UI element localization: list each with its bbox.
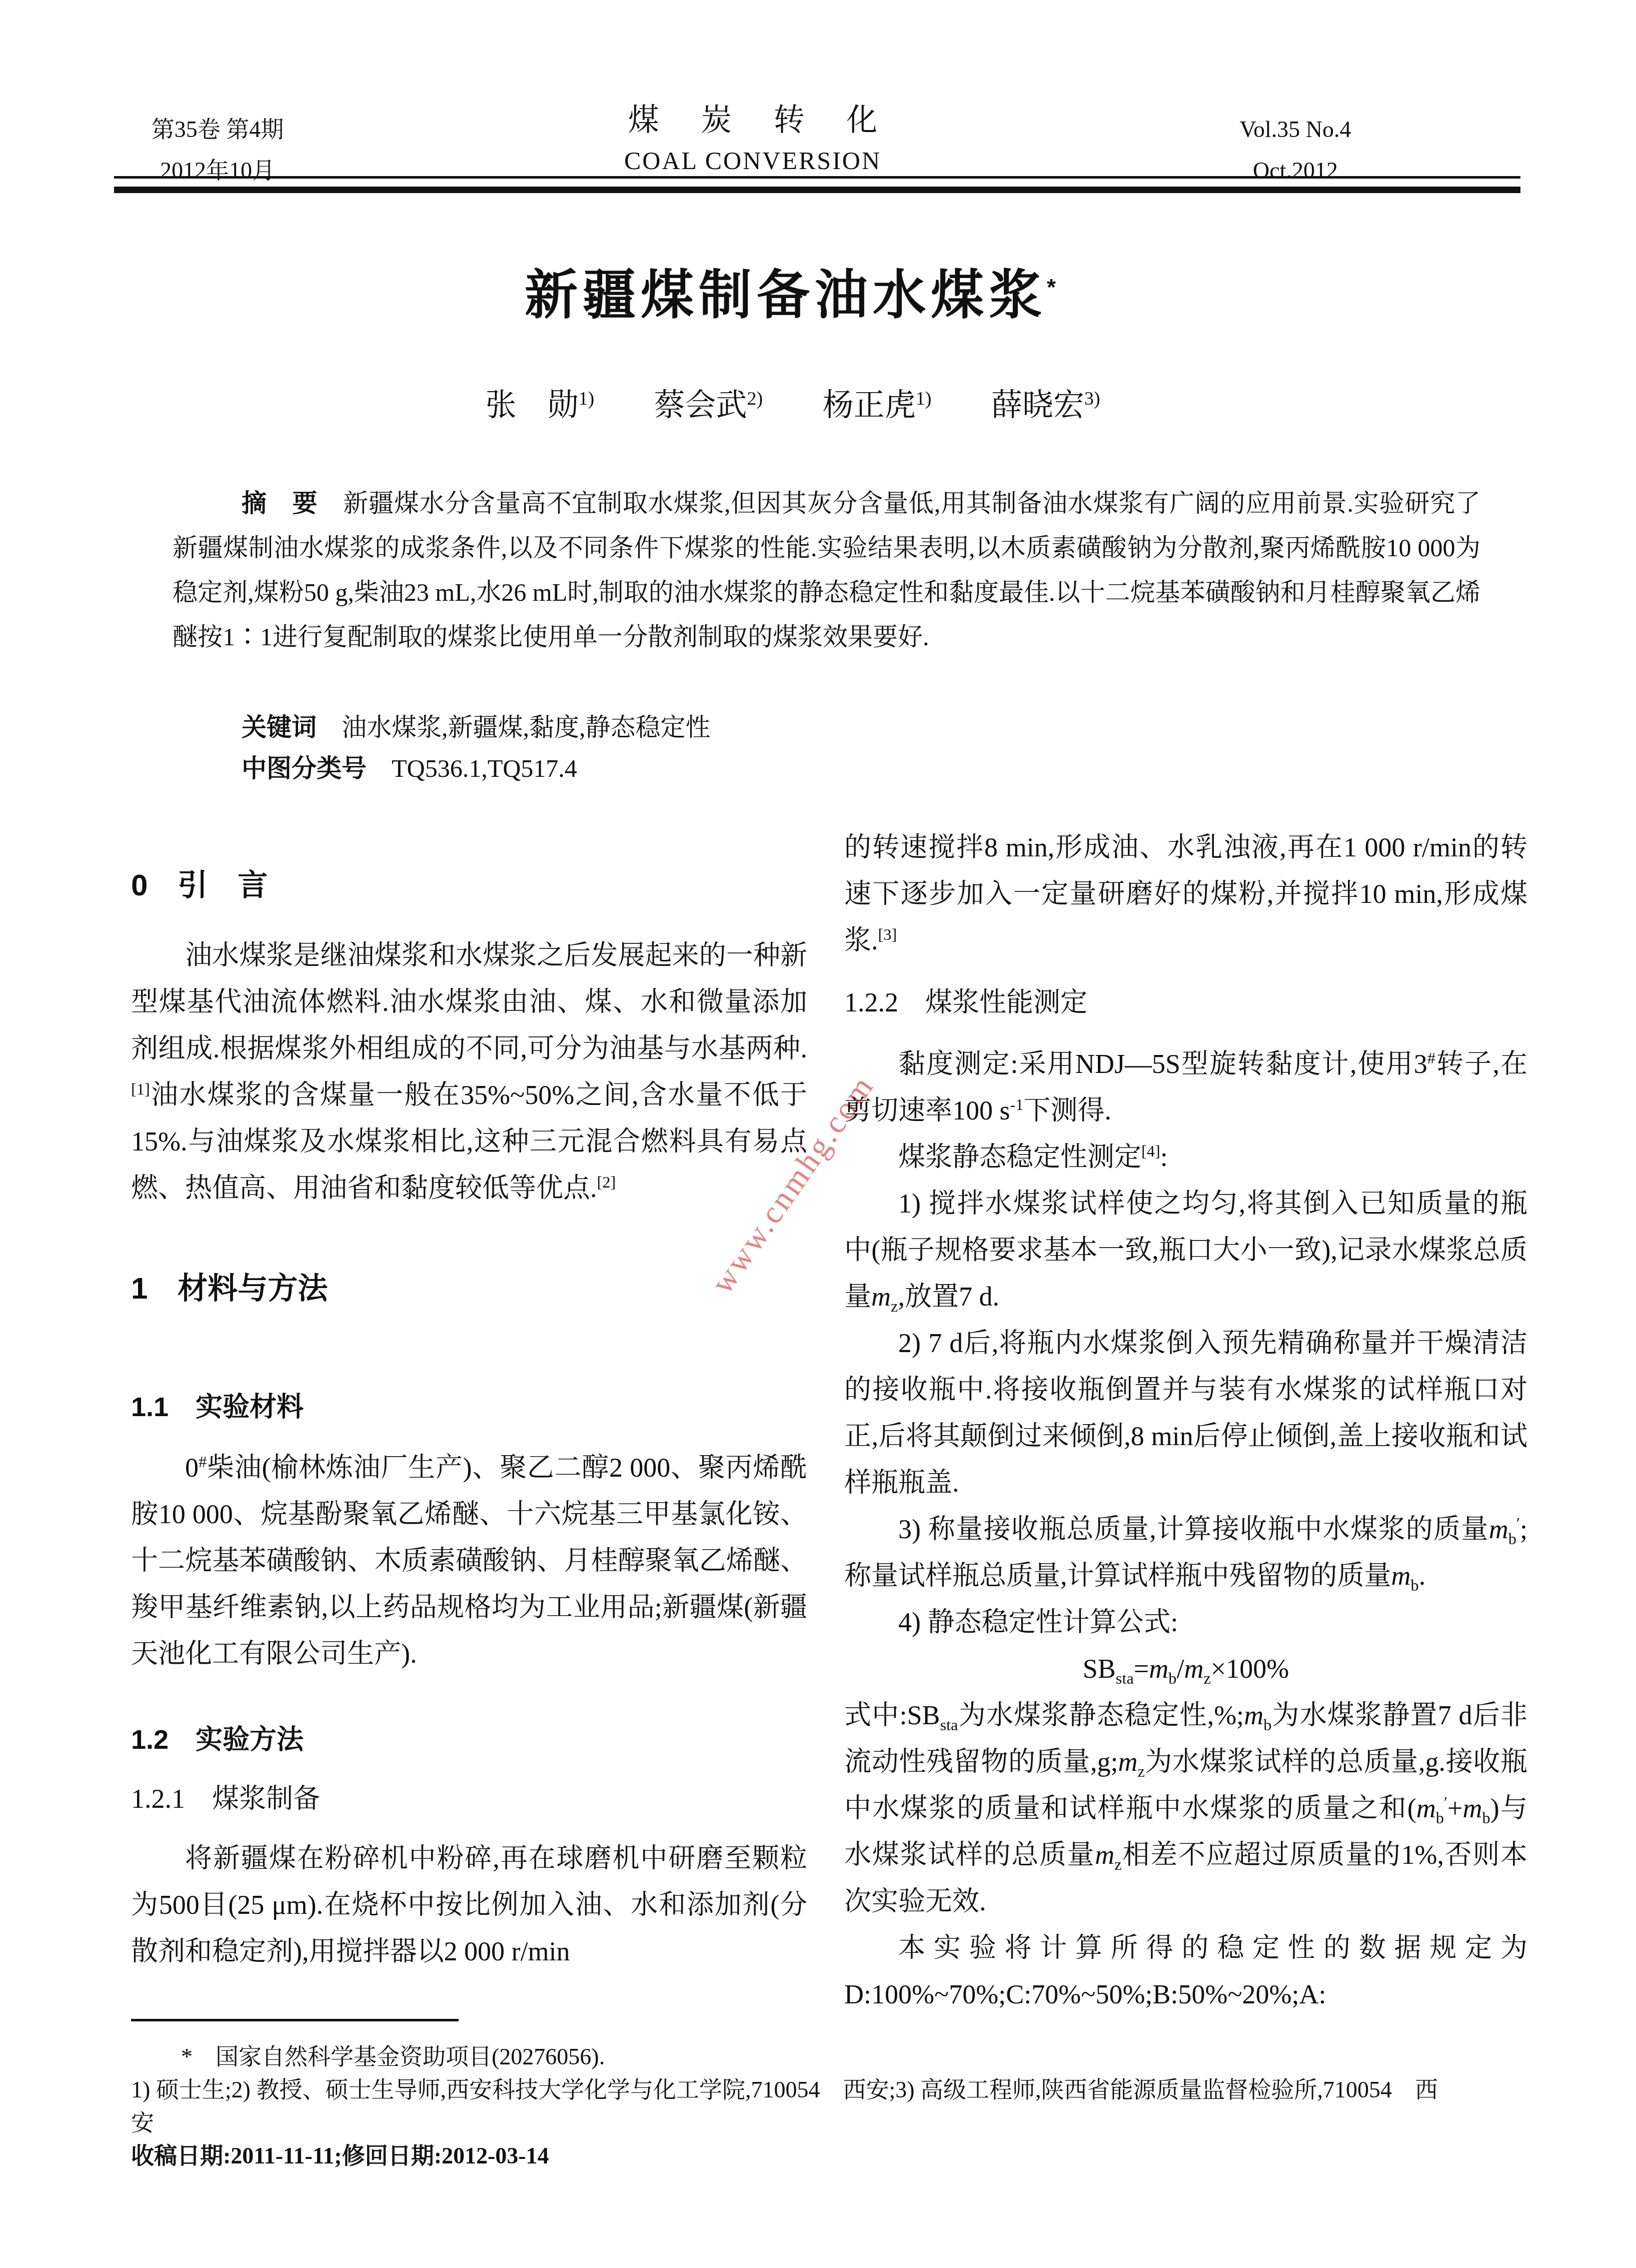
- clc-line: 中图分类号 TQ536.1,TQ517.4: [173, 747, 1480, 789]
- abstract-paragraph: 摘 要 新疆煤水分含量高不宜制取水煤浆,但因其灰分含量低,用其制备油水煤浆有广阔…: [173, 481, 1480, 659]
- author: 张 勋1): [485, 380, 594, 425]
- procedure-step-2: 2) 7 d后,将瓶内水煤浆倒入预先精确称量并干燥清洁的接收瓶中.将接收瓶倒置并…: [844, 1320, 1527, 1506]
- abstract-block: 摘 要 新疆煤水分含量高不宜制取水煤浆,但因其灰分含量低,用其制备油水煤浆有广阔…: [173, 481, 1480, 659]
- procedure-step-4: 4) 静态稳定性计算公式:: [844, 1599, 1527, 1646]
- article-title-text: 新疆煤制备油水煤浆: [525, 266, 1047, 325]
- journal-title-en: COAL CONVERSION: [588, 146, 918, 176]
- month-year-line: Oct.2012: [1220, 150, 1370, 191]
- title-footnote-marker: *: [1047, 274, 1061, 300]
- journal-page: 第35卷 第4期 2012年10月 煤 炭 转 化 COAL CONVERSIO…: [0, 0, 1636, 2268]
- author-name: 薛晓宏: [991, 389, 1084, 423]
- issue-volume-line: 第35卷 第4期: [143, 109, 293, 150]
- author-footnote-line2: 安: [131, 2106, 1527, 2139]
- abstract-label: 摘 要: [242, 489, 318, 517]
- abstract-text: 新疆煤水分含量高不宜制取水煤浆,但因其灰分含量低,用其制备油水煤浆有广阔的应用前…: [173, 489, 1480, 651]
- footnote-block: * 国家自然科学基金资助项目(20276056). 1) 硕士生;2) 教授、硕…: [131, 2019, 1527, 2172]
- footnote-rule: [131, 2019, 459, 2021]
- stability-formula: SBsta=mb/mz×100%: [844, 1646, 1527, 1692]
- author-name: 杨正虎: [823, 389, 916, 423]
- author: 薛晓宏3): [991, 380, 1100, 425]
- journal-title-block: 煤 炭 转 化 COAL CONVERSION: [588, 103, 918, 176]
- static-stability-intro: 煤浆静态稳定性测定[4]:: [844, 1134, 1527, 1181]
- subsubsection-heading-slurry-prep: 1.2.1 煤浆制备: [131, 1782, 807, 1815]
- procedure-step-3: 3) 称量接收瓶总质量,计算接收瓶中水煤浆的质量mb′;称量试样瓶总质量,计算试…: [844, 1506, 1527, 1599]
- issue-date-line: 2012年10月: [143, 150, 293, 191]
- slurry-prep-paragraph: 将新疆煤在粉碎机中粉碎,再在球磨机中研磨至颗粒为500目(25 μm).在烧杯中…: [131, 1835, 807, 1975]
- clc-number: TQ536.1,TQ517.4: [392, 754, 577, 782]
- dates-footnote: 收稿日期:2011-11-11;修回日期:2012-03-14: [131, 2139, 1527, 2172]
- author-list: 张 勋1) 蔡会武2) 杨正虎1) 薛晓宏3): [0, 380, 1585, 425]
- header-rule-thin: [114, 176, 1520, 179]
- keywords-text: 油水煤浆,新疆煤,黏度,静态稳定性: [342, 713, 711, 741]
- journal-title-cn: 煤 炭 转 化: [588, 103, 918, 139]
- journal-issue-info: 第35卷 第4期 2012年10月: [143, 109, 293, 191]
- author: 杨正虎1): [823, 380, 932, 425]
- author-affil-marker: 2): [747, 388, 763, 409]
- author-affil-marker: 3): [1084, 388, 1100, 409]
- materials-paragraph: 0#柴油(榆林炼油厂生产)、聚乙二醇2 000、聚丙烯酰胺10 000、烷基酚聚…: [131, 1445, 807, 1677]
- intro-paragraph: 油水煤浆是继油煤浆和水煤浆之后发展起来的一种新型煤基代油流体燃料.油水煤浆由油、…: [131, 932, 807, 1212]
- author-affil-marker: 1): [916, 388, 932, 409]
- grading-paragraph: 本实验将计算所得的稳定性的数据规定为D:100%~70%;C:70%~50%;B…: [844, 1925, 1527, 2018]
- section-heading-materials-methods: 1 材料与方法: [131, 1271, 807, 1307]
- subsection-heading-materials: 1.1 实验材料: [131, 1391, 807, 1424]
- vol-no-line: Vol.35 No.4: [1220, 109, 1370, 150]
- viscosity-paragraph: 黏度测定:采用NDJ—5S型旋转黏度计,使用3#转子,在剪切速率100 s-1下…: [844, 1041, 1527, 1134]
- subsubsection-heading-slurry-tests: 1.2.2 煤浆性能测定: [844, 986, 1527, 1019]
- funding-footnote: * 国家自然科学基金资助项目(20276056).: [131, 2040, 1527, 2073]
- formula-legend: 式中:SBsta为水煤浆静态稳定性,%;mb为水煤浆静置7 d后非流动性残留物的…: [844, 1692, 1527, 1925]
- left-column: 0 引 言 油水煤浆是继油煤浆和水煤浆之后发展起来的一种新型煤基代油流体燃料.油…: [131, 846, 807, 1975]
- subsection-heading-methods: 1.2 实验方法: [131, 1723, 807, 1756]
- author: 蔡会武2): [654, 380, 763, 425]
- author-name: 张 勋: [485, 389, 578, 423]
- author-name: 蔡会武: [654, 389, 747, 423]
- author-affil-marker: 1): [578, 388, 594, 409]
- slurry-prep-continued: 的转速搅拌8 min,形成油、水乳浊液,再在1 000 r/min的转速下逐步加…: [844, 824, 1527, 964]
- clc-label: 中图分类号: [242, 754, 367, 782]
- keywords-label: 关键词: [242, 713, 317, 741]
- author-footnote-line1: 1) 硕士生;2) 教授、硕士生导师,西安科技大学化学与化工学院,710054 …: [131, 2073, 1527, 2106]
- article-title: 新疆煤制备油水煤浆*: [0, 253, 1585, 329]
- keywords-line: 关键词 油水煤浆,新疆煤,黏度,静态稳定性: [173, 706, 1480, 748]
- header-rule-thick: [114, 187, 1520, 193]
- section-heading-intro: 0 引 言: [131, 846, 807, 903]
- procedure-step-1: 1) 搅拌水煤浆试样使之均匀,将其倒入已知质量的瓶中(瓶子规格要求基本一致,瓶口…: [844, 1181, 1527, 1320]
- journal-vol-info: Vol.35 No.4 Oct.2012: [1220, 109, 1370, 191]
- right-column: 的转速搅拌8 min,形成油、水乳浊液,再在1 000 r/min的转速下逐步加…: [844, 824, 1527, 2018]
